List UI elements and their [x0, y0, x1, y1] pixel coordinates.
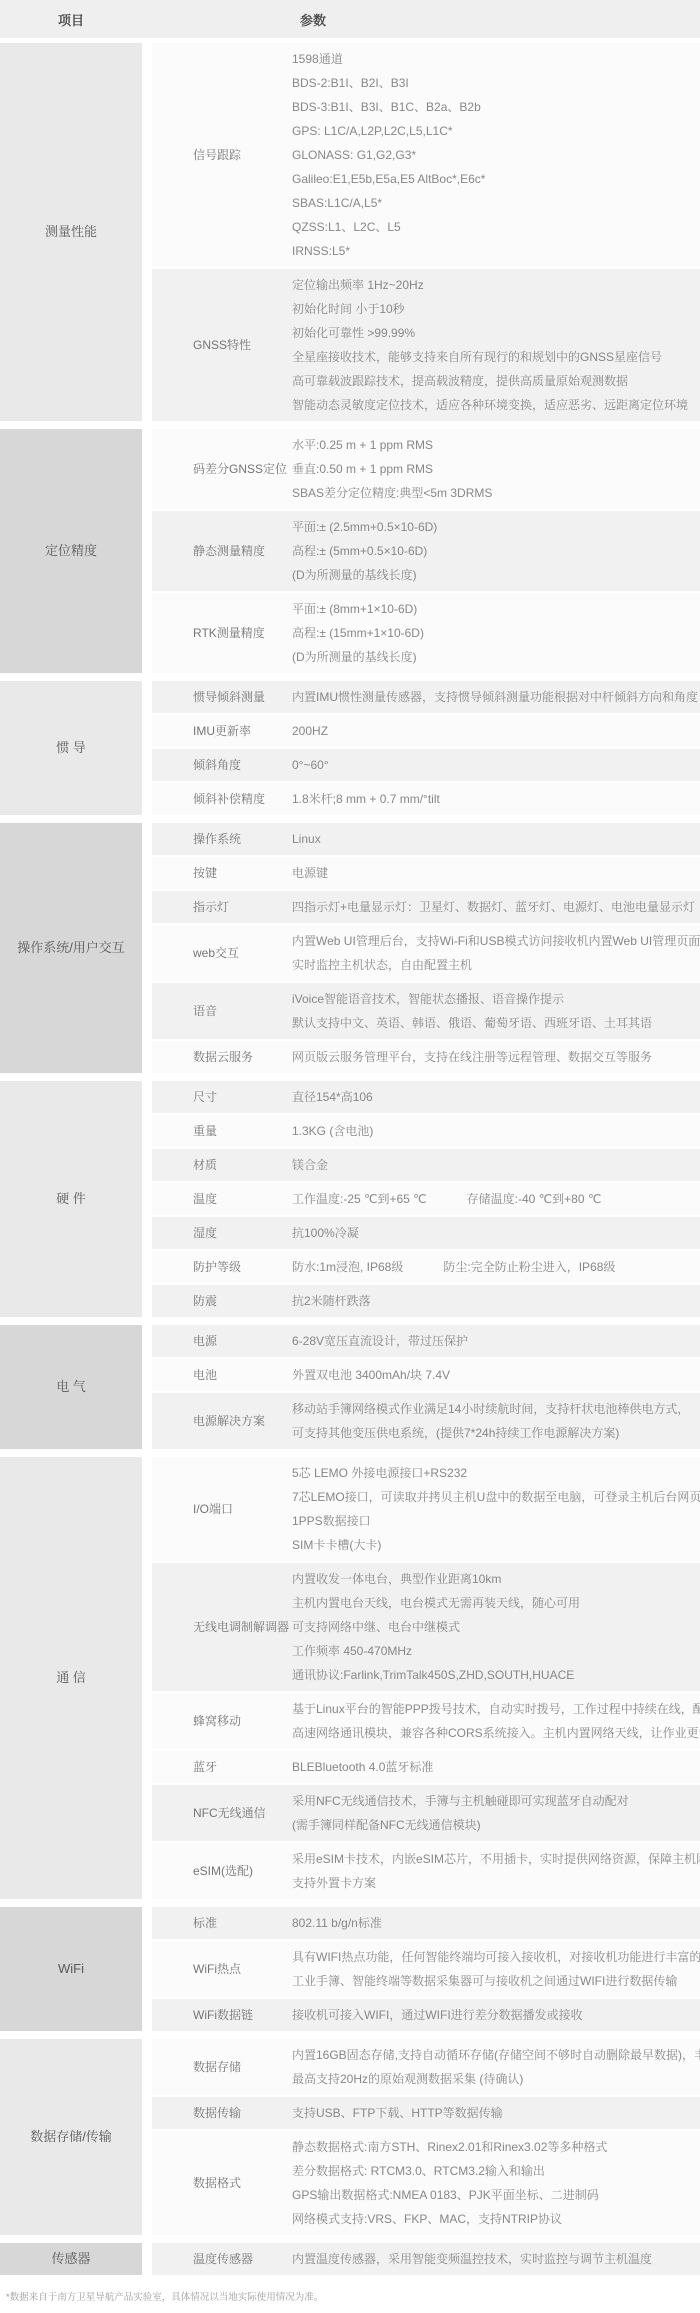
- param-value: 内置IMU惯性测量传感器，支持惯导倾斜测量功能根据对中杆倾斜方向和角度自动校正坐…: [292, 681, 700, 713]
- param-value-line: BDS-2:B1I、B2I、B3I: [292, 71, 692, 95]
- spec-group: 硬 件尺寸直径154*高106重量1.3KG (含电池)材质镁合金温度工作温度:…: [0, 1081, 700, 1317]
- spec-page: 项目 参数 测量性能信号跟踪1598通道BDS-2:B1I、B2I、B3IBDS…: [0, 0, 700, 2303]
- param-name: 惯导倾斜测量: [152, 681, 292, 713]
- param-value-line: 抗100%冷凝: [292, 1221, 692, 1245]
- param-value-line: SBAS差分定位精度:典型<5m 3DRMS: [292, 481, 692, 505]
- param-value-line: iVoice智能语音技术，智能状态播报、语音操作提示: [292, 987, 700, 1011]
- param-value: 1598通道BDS-2:B1I、B2I、B3IBDS-3:B1I、B3I、B1C…: [292, 43, 700, 267]
- spec-row: 数据云服务网页版云服务管理平台，支持在线注册等远程管理、数据交互等服务: [152, 1041, 700, 1073]
- group-rows: 信号跟踪1598通道BDS-2:B1I、B2I、B3IBDS-3:B1I、B3I…: [152, 43, 700, 421]
- param-value-line: 5芯 LEMO 外接电源接口+RS232: [292, 1461, 700, 1485]
- param-name: 电源: [152, 1325, 292, 1357]
- param-value-line: 默认支持中文、英语、韩语、俄语、葡萄牙语、西班牙语、土耳其语: [292, 1011, 700, 1035]
- param-name: I/O端口: [152, 1457, 292, 1561]
- param-value-line: 内置IMU惯性测量传感器，支持惯导倾斜测量功能根据对中杆倾斜方向和角度自动校正坐…: [292, 685, 700, 709]
- group-rows: 码差分GNSS定位水平:0.25 m + 1 ppm RMS垂直:0.50 m …: [152, 429, 700, 673]
- param-value-line: 可支持网络中继、电台中继模式: [292, 1615, 700, 1639]
- spec-group: 操作系统/用户交互操作系统Linux按键电源键指示灯四指示灯+电量显示灯：卫星灯…: [0, 823, 700, 1073]
- param-value: Linux: [292, 823, 700, 855]
- spec-row: 材质镁合金: [152, 1149, 700, 1181]
- spec-row: 标准802.11 b/g/n标准: [152, 1907, 700, 1939]
- param-name: 防护等级: [152, 1251, 292, 1283]
- param-name: web交互: [152, 925, 292, 981]
- param-name: IMU更新率: [152, 715, 292, 747]
- param-value-line: (D为所测量的基线长度): [292, 645, 692, 669]
- param-value-line: 高程:± (5mm+0.5×10-6D): [292, 539, 692, 563]
- table-header: 项目 参数: [0, 0, 700, 38]
- spec-row: NFC无线通信采用NFC无线通信技术，手簿与主机触碰即可实现蓝牙自动配对(需手簿…: [152, 1785, 700, 1841]
- param-value: 采用eSIM卡技术，内嵌eSIM芯片，不用插卡，实时提供网络资源，保障主机网络作…: [292, 1843, 700, 1899]
- param-value-line: GLONASS: G1,G2,G3*: [292, 143, 692, 167]
- group-label-cell: 传感器: [0, 2243, 142, 2275]
- param-value: 直径154*高106: [292, 1081, 700, 1113]
- param-name: WiFi数据链: [152, 1999, 292, 2031]
- spec-group: 定位精度码差分GNSS定位水平:0.25 m + 1 ppm RMS垂直:0.5…: [0, 429, 700, 673]
- param-value-line: 高速网络通讯模块，兼容各种CORS系统接入。主机内置网络天线，让作业更简便。: [292, 1721, 700, 1745]
- param-value: 镁合金: [292, 1149, 700, 1181]
- param-value: 5芯 LEMO 外接电源接口+RS2327芯LEMO接口，可读取并拷贝主机U盘中…: [292, 1457, 700, 1561]
- param-value: 内置温度传感器，采用智能变频温控技术，实时监控与调节主机温度: [292, 2243, 700, 2275]
- param-value-line: 工业手簿、智能终端等数据采集器可与接收机之间通过WIFI进行数据传输: [292, 1969, 700, 1993]
- footnote: *数据来自于南方卫星导航产品实验室，具体情况以当地实际使用情况为准。: [6, 2289, 700, 2303]
- spec-row: IMU更新率200HZ: [152, 715, 700, 747]
- spec-row: RTK测量精度平面:± (8mm+1×10-6D)高程:± (15mm+1×10…: [152, 593, 700, 673]
- param-value-line: 网络模式支持:VRS、FKP、MAC，支持NTRIP协议: [292, 2207, 700, 2231]
- param-name: 码差分GNSS定位: [152, 429, 292, 509]
- param-name: 倾斜角度: [152, 749, 292, 781]
- param-name: 材质: [152, 1149, 292, 1181]
- param-value-line: 差分数据格式: RTCM3.0、RTCM3.2输入和输出: [292, 2159, 700, 2183]
- spec-row: 按键电源键: [152, 857, 700, 889]
- spec-group: WiFi标准802.11 b/g/n标准WiFi热点具有WIFI热点功能，任何智…: [0, 1907, 700, 2031]
- param-value: 内置16GB固态存储,支持自动循环存储(存储空间不够时自动删除最早数据)，丰富的…: [292, 2039, 700, 2095]
- param-value: 200HZ: [292, 715, 700, 747]
- param-name: 信号跟踪: [152, 43, 292, 267]
- param-value-line: 内置温度传感器，采用智能变频温控技术，实时监控与调节主机温度: [292, 2247, 692, 2271]
- param-value-line: 高程:± (15mm+1×10-6D): [292, 621, 692, 645]
- spec-group: 数据存储/传输数据存储内置16GB固态存储,支持自动循环存储(存储空间不够时自动…: [0, 2039, 700, 2235]
- param-value: 接收机可接入WIFI，通过WIFI进行差分数据播发或接收: [292, 1999, 700, 2031]
- param-value: 采用NFC无线通信技术，手簿与主机触碰即可实现蓝牙自动配对(需手簿同样配备NFC…: [292, 1785, 700, 1841]
- param-value-line: 平面:± (8mm+1×10-6D): [292, 597, 692, 621]
- spec-group: 惯 导惯导倾斜测量内置IMU惯性测量传感器，支持惯导倾斜测量功能根据对中杆倾斜方…: [0, 681, 700, 815]
- group-rows: 标准802.11 b/g/n标准WiFi热点具有WIFI热点功能，任何智能终端均…: [152, 1907, 700, 2031]
- param-name: NFC无线通信: [152, 1785, 292, 1841]
- param-name: 温度: [152, 1183, 292, 1215]
- spec-row: WiFi热点具有WIFI热点功能，任何智能终端均可接入接收机，对接收机功能进行丰…: [152, 1941, 700, 1997]
- spec-row: 防护等级防水:1m浸泡, IP68级防尘:完全防止粉尘进入，IP68级: [152, 1251, 700, 1283]
- param-name: 指示灯: [152, 891, 292, 923]
- param-value-line: 1598通道: [292, 47, 692, 71]
- param-name: 重量: [152, 1115, 292, 1147]
- param-value-line: 网页版云服务管理平台，支持在线注册等远程管理、数据交互等服务: [292, 1045, 700, 1069]
- spec-row: 静态测量精度平面:± (2.5mm+0.5×10-6D)高程:± (5mm+0.…: [152, 511, 700, 591]
- param-value: 内置Web UI管理后台，支持Wi-Fi和USB模式访问接收机内置Web UI管…: [292, 925, 700, 981]
- param-name: 数据云服务: [152, 1041, 292, 1073]
- param-value-line: Galileo:E1,E5b,E5a,E5 AltBoc*,E6c*: [292, 167, 692, 191]
- param-value-line: 四指示灯+电量显示灯：卫星灯、数据灯、蓝牙灯、电源灯、电池电量显示灯: [292, 895, 700, 919]
- spec-row: 防震抗2米随杆跌落: [152, 1285, 700, 1317]
- param-value-line: 工作频率 450-470MHz: [292, 1639, 700, 1663]
- param-value: 抗2米随杆跌落: [292, 1285, 700, 1317]
- param-value-line: 定位输出频率 1Hz~20Hz: [292, 273, 692, 297]
- param-name: 防震: [152, 1285, 292, 1317]
- param-value-line: 通讯协议:Farlink,TrimTalk450S,ZHD,SOUTH,HUAC…: [292, 1663, 700, 1687]
- param-value-line: 200HZ: [292, 719, 700, 743]
- param-value-line: 基于Linux平台的智能PPP拨号技术，自动实时拨号，工作过程中持续在线，配备4…: [292, 1697, 700, 1721]
- param-value-line: 6-28V宽压直流设计，带过压保护: [292, 1329, 692, 1353]
- spec-row: GNSS特性定位输出频率 1Hz~20Hz初始化时间 小于10秒初始化可靠性 >…: [152, 269, 700, 421]
- spec-row: 无线电调制解调器内置收发一体电台，典型作业距离10km主机内置电台天线，电台模式…: [152, 1563, 700, 1691]
- group-rows: 尺寸直径154*高106重量1.3KG (含电池)材质镁合金温度工作温度:-25…: [152, 1081, 700, 1317]
- param-name: RTK测量精度: [152, 593, 292, 673]
- param-value-line: Linux: [292, 827, 700, 851]
- param-value-line: 0°~60°: [292, 753, 700, 777]
- param-value: iVoice智能语音技术，智能状态播报、语音操作提示默认支持中文、英语、韩语、俄…: [292, 983, 700, 1039]
- param-name: eSIM(选配): [152, 1843, 292, 1899]
- param-value: 0°~60°: [292, 749, 700, 781]
- spec-row: 操作系统Linux: [152, 823, 700, 855]
- param-value-line: 1.3KG (含电池): [292, 1119, 692, 1143]
- param-name: 尺寸: [152, 1081, 292, 1113]
- param-value-line: 支持USB、FTP下载、HTTP等数据传输: [292, 2101, 700, 2125]
- param-value-col: 工作温度:-25 ℃到+65 ℃: [292, 1187, 427, 1211]
- spec-row: 蜂窝移动基于Linux平台的智能PPP拨号技术，自动实时拨号，工作过程中持续在线…: [152, 1693, 700, 1749]
- param-value-col: 存储温度:-40 ℃到+80 ℃: [467, 1187, 602, 1211]
- group-label-cell: 通 信: [0, 1457, 142, 1899]
- param-value-line: 抗2米随杆跌落: [292, 1289, 692, 1313]
- group-label-cell: WiFi: [0, 1907, 142, 2031]
- param-value: 802.11 b/g/n标准: [292, 1907, 700, 1939]
- param-value-line: 平面:± (2.5mm+0.5×10-6D): [292, 515, 692, 539]
- spec-row: 电源6-28V宽压直流设计，带过压保护: [152, 1325, 700, 1357]
- param-name: 操作系统: [152, 823, 292, 855]
- param-value-line: 直径154*高106: [292, 1085, 692, 1109]
- param-value: 基于Linux平台的智能PPP拨号技术，自动实时拨号，工作过程中持续在线，配备4…: [292, 1693, 700, 1749]
- header-col-param: 参数: [142, 10, 700, 29]
- group-label-cell: 硬 件: [0, 1081, 142, 1317]
- spec-row: 数据存储内置16GB固态存储,支持自动循环存储(存储空间不够时自动删除最早数据)…: [152, 2039, 700, 2095]
- spec-row: 倾斜补偿精度1.8米杆;8 mm + 0.7 mm/°tilt: [152, 783, 700, 815]
- param-value: BLEBluetooth 4.0蓝牙标准: [292, 1751, 700, 1783]
- param-value-line: 初始化时间 小于10秒: [292, 297, 692, 321]
- param-value-line: 工作温度:-25 ℃到+65 ℃存储温度:-40 ℃到+80 ℃: [292, 1187, 692, 1211]
- param-value-line: 1.8米杆;8 mm + 0.7 mm/°tilt: [292, 787, 700, 811]
- param-value: 具有WIFI热点功能，任何智能终端均可接入接收机，对接收机功能进行丰富的个性化定…: [292, 1941, 700, 1997]
- param-value-line: (D为所测量的基线长度): [292, 563, 692, 587]
- group-label-cell: 测量性能: [0, 43, 142, 421]
- param-value: 水平:0.25 m + 1 ppm RMS垂直:0.50 m + 1 ppm R…: [292, 429, 700, 509]
- param-value-line: 防水:1m浸泡, IP68级防尘:完全防止粉尘进入，IP68级: [292, 1255, 692, 1279]
- param-value: 内置收发一体电台，典型作业距离10km主机内置电台天线，电台模式无需再装天线，随…: [292, 1563, 700, 1691]
- group-label-cell: 操作系统/用户交互: [0, 823, 142, 1073]
- group-rows: 惯导倾斜测量内置IMU惯性测量传感器，支持惯导倾斜测量功能根据对中杆倾斜方向和角…: [152, 681, 700, 815]
- param-value: 定位输出频率 1Hz~20Hz初始化时间 小于10秒初始化可靠性 >99.99%…: [292, 269, 700, 421]
- spec-row: 蓝牙BLEBluetooth 4.0蓝牙标准: [152, 1751, 700, 1783]
- param-name: 按键: [152, 857, 292, 889]
- param-name: 电池: [152, 1359, 292, 1391]
- param-value-line: GPS输出数据格式:NMEA 0183、PJK平面坐标、二进制码: [292, 2183, 700, 2207]
- group-label-cell: 惯 导: [0, 681, 142, 815]
- spec-row: 数据格式静态数据格式:南方STH、Rinex2.01和Rinex3.02等多种格…: [152, 2131, 700, 2235]
- spec-row: 信号跟踪1598通道BDS-2:B1I、B2I、B3IBDS-3:B1I、B3I…: [152, 43, 700, 267]
- param-value-line: 支持外置卡方案: [292, 1871, 700, 1895]
- group-rows: 电源6-28V宽压直流设计，带过压保护电池外置双电池 3400mAh/块 7.4…: [152, 1325, 700, 1449]
- spec-row: 语音iVoice智能语音技术，智能状态播报、语音操作提示默认支持中文、英语、韩语…: [152, 983, 700, 1039]
- param-name: 标准: [152, 1907, 292, 1939]
- param-value-line: 802.11 b/g/n标准: [292, 1911, 700, 1935]
- param-value-line: 移动站手簿网络模式作业满足14小时续航时间，支持杆状电池棒供电方式，: [292, 1397, 692, 1421]
- spec-row: 尺寸直径154*高106: [152, 1081, 700, 1113]
- param-value-line: 内置16GB固态存储,支持自动循环存储(存储空间不够时自动删除最早数据)，丰富的…: [292, 2043, 700, 2067]
- spec-row: 惯导倾斜测量内置IMU惯性测量传感器，支持惯导倾斜测量功能根据对中杆倾斜方向和角…: [152, 681, 700, 713]
- group-label-cell: 电 气: [0, 1325, 142, 1449]
- param-value: 外置双电池 3400mAh/块 7.4V: [292, 1359, 700, 1391]
- param-name: 倾斜补偿精度: [152, 783, 292, 815]
- param-name: WiFi热点: [152, 1941, 292, 1997]
- param-value: 四指示灯+电量显示灯：卫星灯、数据灯、蓝牙灯、电源灯、电池电量显示灯: [292, 891, 700, 923]
- param-name: 电源解决方案: [152, 1393, 292, 1449]
- param-value-col: 防尘:完全防止粉尘进入，IP68级: [443, 1255, 615, 1279]
- param-name: 蜂窝移动: [152, 1693, 292, 1749]
- header-col-item: 项目: [0, 10, 142, 29]
- param-value-line: SBAS:L1C/A,L5*: [292, 191, 692, 215]
- param-value: 工作温度:-25 ℃到+65 ℃存储温度:-40 ℃到+80 ℃: [292, 1183, 700, 1215]
- spec-row: 倾斜角度0°~60°: [152, 749, 700, 781]
- group-rows: 数据存储内置16GB固态存储,支持自动循环存储(存储空间不够时自动删除最早数据)…: [152, 2039, 700, 2235]
- spec-group: 传感器温度传感器内置温度传感器，采用智能变频温控技术，实时监控与调节主机温度: [0, 2243, 700, 2275]
- param-name: 无线电调制解调器: [152, 1563, 292, 1691]
- param-value: 防水:1m浸泡, IP68级防尘:完全防止粉尘进入，IP68级: [292, 1251, 700, 1283]
- param-value-line: 内置Web UI管理后台，支持Wi-Fi和USB模式访问接收机内置Web UI管…: [292, 929, 700, 953]
- param-value: 6-28V宽压直流设计，带过压保护: [292, 1325, 700, 1357]
- param-name: 数据格式: [152, 2131, 292, 2235]
- group-label-cell: 数据存储/传输: [0, 2039, 142, 2235]
- param-value-line: 外置双电池 3400mAh/块 7.4V: [292, 1363, 692, 1387]
- param-value: 移动站手簿网络模式作业满足14小时续航时间，支持杆状电池棒供电方式，可支持其他变…: [292, 1393, 700, 1449]
- group-label-cell: 定位精度: [0, 429, 142, 673]
- param-value-line: 镁合金: [292, 1153, 692, 1177]
- spec-group: 电 气电源6-28V宽压直流设计，带过压保护电池外置双电池 3400mAh/块 …: [0, 1325, 700, 1449]
- param-name: 湿度: [152, 1217, 292, 1249]
- param-value: 网页版云服务管理平台，支持在线注册等远程管理、数据交互等服务: [292, 1041, 700, 1073]
- param-value-col: 防水:1m浸泡, IP68级: [292, 1255, 403, 1279]
- group-rows: 操作系统Linux按键电源键指示灯四指示灯+电量显示灯：卫星灯、数据灯、蓝牙灯、…: [152, 823, 700, 1073]
- spec-row: I/O端口5芯 LEMO 外接电源接口+RS2327芯LEMO接口，可读取并拷贝…: [152, 1457, 700, 1561]
- param-name: 数据存储: [152, 2039, 292, 2095]
- param-value-line: 初始化可靠性 >99.99%: [292, 321, 692, 345]
- spec-group: 通 信I/O端口5芯 LEMO 外接电源接口+RS2327芯LEMO接口，可读取…: [0, 1457, 700, 1899]
- param-value: 平面:± (8mm+1×10-6D)高程:± (15mm+1×10-6D)(D为…: [292, 593, 700, 673]
- param-value-line: GPS: L1C/A,L2P,L2C,L5,L1C*: [292, 119, 692, 143]
- spec-row: 温度传感器内置温度传感器，采用智能变频温控技术，实时监控与调节主机温度: [152, 2243, 700, 2275]
- param-name: 静态测量精度: [152, 511, 292, 591]
- param-value-line: SIM卡卡槽(大卡): [292, 1533, 700, 1557]
- group-rows: 温度传感器内置温度传感器，采用智能变频温控技术，实时监控与调节主机温度: [152, 2243, 700, 2275]
- param-value-line: 内置收发一体电台，典型作业距离10km: [292, 1567, 700, 1591]
- param-value-line: 全星座接收技术，能够支持来自所有现行的和规划中的GNSS星座信号: [292, 345, 692, 369]
- spec-row: 码差分GNSS定位水平:0.25 m + 1 ppm RMS垂直:0.50 m …: [152, 429, 700, 509]
- spec-row: 温度工作温度:-25 ℃到+65 ℃存储温度:-40 ℃到+80 ℃: [152, 1183, 700, 1215]
- param-value-line: QZSS:L1、L2C、L5: [292, 215, 692, 239]
- spec-row: web交互内置Web UI管理后台，支持Wi-Fi和USB模式访问接收机内置We…: [152, 925, 700, 981]
- param-value-line: 可支持其他变压供电系统，(提供7*24h持续工作电源解决方案): [292, 1421, 692, 1445]
- param-value: 电源键: [292, 857, 700, 889]
- param-value-line: 最高支持20Hz的原始观测数据采集 (待确认): [292, 2067, 700, 2091]
- param-value-line: 1PPS数据接口: [292, 1509, 700, 1533]
- param-value-line: 采用NFC无线通信技术，手簿与主机触碰即可实现蓝牙自动配对: [292, 1789, 700, 1813]
- spec-group: 测量性能信号跟踪1598通道BDS-2:B1I、B2I、B3IBDS-3:B1I…: [0, 43, 700, 421]
- spec-row: 湿度抗100%冷凝: [152, 1217, 700, 1249]
- param-value-line: 高可靠载波跟踪技术，提高载波精度，提供高质量原始观测数据: [292, 369, 692, 393]
- spec-row: 电池外置双电池 3400mAh/块 7.4V: [152, 1359, 700, 1391]
- spec-row: 重量1.3KG (含电池): [152, 1115, 700, 1147]
- param-value-line: IRNSS:L5*: [292, 239, 692, 263]
- param-value-line: 静态数据格式:南方STH、Rinex2.01和Rinex3.02等多种格式: [292, 2135, 700, 2159]
- param-name: 蓝牙: [152, 1751, 292, 1783]
- param-value-line: BDS-3:B1I、B3I、B1C、B2a、B2b: [292, 95, 692, 119]
- param-value: 1.3KG (含电池): [292, 1115, 700, 1147]
- param-value-line: (需手簿同样配备NFC无线通信模块): [292, 1813, 700, 1837]
- group-rows: I/O端口5芯 LEMO 外接电源接口+RS2327芯LEMO接口，可读取并拷贝…: [152, 1457, 700, 1899]
- param-value-line: 垂直:0.50 m + 1 ppm RMS: [292, 457, 692, 481]
- param-name: 语音: [152, 983, 292, 1039]
- param-value-line: 水平:0.25 m + 1 ppm RMS: [292, 433, 692, 457]
- spec-row: 数据传输支持USB、FTP下载、HTTP等数据传输: [152, 2097, 700, 2129]
- param-name: 温度传感器: [152, 2243, 292, 2275]
- table-body: 测量性能信号跟踪1598通道BDS-2:B1I、B2I、B3IBDS-3:B1I…: [0, 43, 700, 2275]
- param-value-line: BLEBluetooth 4.0蓝牙标准: [292, 1755, 700, 1779]
- param-name: 数据传输: [152, 2097, 292, 2129]
- spec-row: 指示灯四指示灯+电量显示灯：卫星灯、数据灯、蓝牙灯、电源灯、电池电量显示灯: [152, 891, 700, 923]
- param-value-line: 智能动态灵敏度定位技术，适应各种环境变换，适应恶劣、远距离定位环境: [292, 393, 692, 417]
- param-value: 1.8米杆;8 mm + 0.7 mm/°tilt: [292, 783, 700, 815]
- param-value-line: 电源键: [292, 861, 700, 885]
- spec-row: eSIM(选配)采用eSIM卡技术，内嵌eSIM芯片，不用插卡，实时提供网络资源…: [152, 1843, 700, 1899]
- param-value-line: 主机内置电台天线，电台模式无需再装天线，随心可用: [292, 1591, 700, 1615]
- param-value: 静态数据格式:南方STH、Rinex2.01和Rinex3.02等多种格式差分数…: [292, 2131, 700, 2235]
- param-value: 平面:± (2.5mm+0.5×10-6D)高程:± (5mm+0.5×10-6…: [292, 511, 700, 591]
- param-value: 支持USB、FTP下载、HTTP等数据传输: [292, 2097, 700, 2129]
- param-value-line: 具有WIFI热点功能，任何智能终端均可接入接收机，对接收机功能进行丰富的个性化定…: [292, 1945, 700, 1969]
- param-value-line: 接收机可接入WIFI，通过WIFI进行差分数据播发或接收: [292, 2003, 700, 2027]
- spec-row: WiFi数据链接收机可接入WIFI，通过WIFI进行差分数据播发或接收: [152, 1999, 700, 2031]
- param-value-line: 7芯LEMO接口，可读取并拷贝主机U盘中的数据至电脑，可登录主机后台网页并对主机…: [292, 1485, 700, 1509]
- param-value-line: 采用eSIM卡技术，内嵌eSIM芯片，不用插卡，实时提供网络资源，保障主机网络作…: [292, 1847, 700, 1871]
- param-value: 抗100%冷凝: [292, 1217, 700, 1249]
- param-name: GNSS特性: [152, 269, 292, 421]
- spec-row: 电源解决方案移动站手簿网络模式作业满足14小时续航时间，支持杆状电池棒供电方式，…: [152, 1393, 700, 1449]
- param-value-line: 实时监控主机状态，自由配置主机: [292, 953, 700, 977]
